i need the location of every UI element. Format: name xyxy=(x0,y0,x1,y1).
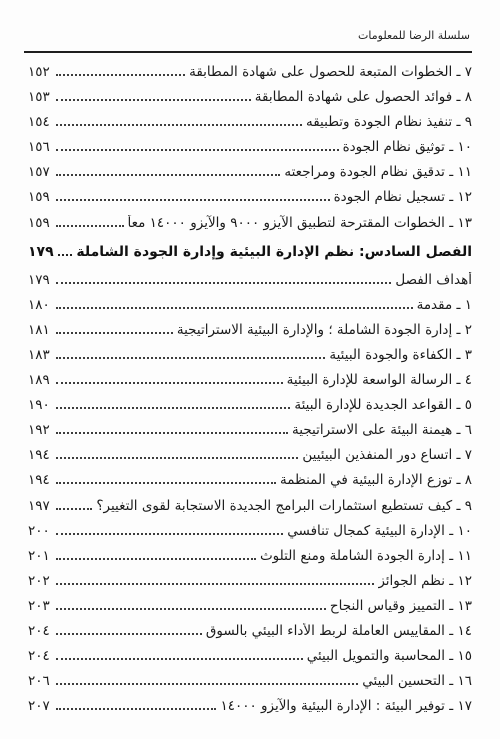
toc-row: ١١ ـ تدقيق نظام الجودة ومراجعته١٥٧ xyxy=(28,164,472,189)
toc-entry-page: ٢٠٣ xyxy=(28,598,52,614)
toc-row: ١٣ ـ التمييز وقياس النجاح٢٠٣ xyxy=(28,598,472,623)
toc-row: ٢ ـ إدارة الجودة الشاملة ؛ والإدارة البي… xyxy=(28,322,472,347)
dot-leader xyxy=(56,68,185,76)
toc-entry-page: ٢٠٦ xyxy=(28,673,52,689)
toc-entry-title: ٣ ـ الكفاءة والجودة البيئية xyxy=(329,347,472,363)
dot-leader xyxy=(56,118,302,126)
dot-leader xyxy=(56,93,251,101)
dot-leader xyxy=(56,143,339,151)
dot-leader xyxy=(58,247,73,256)
toc-row: ٨ ـ توزع الإدارة البيئية في المنظمة١٩٤ xyxy=(28,472,472,497)
toc-row: ٩ ـ كيف تستطيع استثمارات البرامج الجديدة… xyxy=(28,498,472,523)
toc-entry-title: ٨ ـ فوائد الحصول على شهادة المطابقة xyxy=(255,89,472,105)
toc-entry-page: ١٥٩ xyxy=(28,215,52,231)
toc-entry-title: الفصل السادس: نظم الإدارة البيئية وإدارة… xyxy=(76,244,472,260)
dot-leader xyxy=(56,501,92,509)
toc-row: ١ ـ مقدمة١٨٠ xyxy=(28,297,472,322)
toc-entry-title: ٩ ـ كيف تستطيع استثمارات البرامج الجديدة… xyxy=(96,498,472,514)
toc-entry-title: ١ ـ مقدمة xyxy=(417,297,472,313)
toc-entry-title: ٦ ـ هيمنة البيئة على الاستراتيجية xyxy=(292,422,472,438)
toc-entry-page: ١٥٣ xyxy=(28,89,52,105)
toc-entry-page: ٢٠٢ xyxy=(28,573,52,589)
toc-entry-page: ١٩٤ xyxy=(28,472,52,488)
toc-row: ١٠ ـ الإدارة البيئية كمجال تنافسي٢٠٠ xyxy=(28,523,472,548)
toc-chapter-row: الفصل السادس: نظم الإدارة البيئية وإدارة… xyxy=(28,244,472,270)
toc-row: ١٢ ـ نظم الجوائز٢٠٢ xyxy=(28,573,472,598)
toc-entry-page: ٢٠١ xyxy=(28,548,52,564)
toc-entry-title: ٨ ـ توزع الإدارة البيئية في المنظمة xyxy=(280,472,472,488)
toc-row: ١٠ ـ توثيق نظام الجودة١٥٦ xyxy=(28,139,472,164)
dot-leader xyxy=(56,652,303,660)
toc-entry-page: ١٥٢ xyxy=(28,64,52,80)
toc-row: ٨ ـ فوائد الحصول على شهادة المطابقة١٥٣ xyxy=(28,89,472,114)
toc-row: ١٥ ـ المحاسبة والتمويل البيئي٢٠٤ xyxy=(28,648,472,673)
toc-entry-page: ١٥٤ xyxy=(28,114,52,130)
dot-leader xyxy=(56,376,283,384)
dot-leader xyxy=(56,602,326,610)
dot-leader xyxy=(56,351,325,359)
toc-entry-page: ١٧٩ xyxy=(28,244,54,260)
toc-entry-title: ١٥ ـ المحاسبة والتمويل البيئي xyxy=(307,648,472,664)
toc-row: ١٦ ـ التحسين البيئي٢٠٦ xyxy=(28,673,472,698)
dot-leader xyxy=(56,526,283,534)
toc-row: ٦ ـ هيمنة البيئة على الاستراتيجية١٩٢ xyxy=(28,422,472,447)
page-header: سلسلة الرضا للمعلومات xyxy=(0,0,500,49)
dot-leader xyxy=(56,401,290,409)
toc-entry-title: ٢ ـ إدارة الجودة الشاملة ؛ والإدارة البي… xyxy=(177,322,472,338)
toc-entry-title: ١٣ ـ الخطوات المقترحة لتطبيق الآيزو ٩٠٠٠… xyxy=(128,215,472,231)
toc-row: ٧ ـ اتساع دور المنفذين البيئيين١٩٤ xyxy=(28,447,472,472)
toc-entry-page: ١٩٠ xyxy=(28,397,52,413)
series-title: سلسلة الرضا للمعلومات xyxy=(358,29,470,42)
toc-entry-title: ١١ ـ إدارة الجودة الشاملة ومنع التلوث xyxy=(260,548,472,564)
toc-entry-page: ١٥٦ xyxy=(28,139,52,155)
dot-leader xyxy=(56,451,298,459)
toc-row: ٤ ـ الرسالة الواسعة للإدارة البيئية١٨٩ xyxy=(28,372,472,397)
toc-row: ٧ ـ الخطوات المتبعة للحصول على شهادة الم… xyxy=(28,64,472,89)
toc-row: ٥ ـ القواعد الجديدة للإدارة البيئة١٩٠ xyxy=(28,397,472,422)
toc-row: ١٤ ـ المقاييس العاملة لربط الأداء البيئي… xyxy=(28,623,472,648)
toc-entry-title: ٧ ـ الخطوات المتبعة للحصول على شهادة الم… xyxy=(189,64,472,80)
toc-list: ٧ ـ الخطوات المتبعة للحصول على شهادة الم… xyxy=(0,64,500,723)
toc-row: ١٢ ـ تسجيل نظام الجودة١٥٩ xyxy=(28,189,472,214)
toc-entry-page: ١٩٤ xyxy=(28,447,52,463)
toc-row: ١٣ ـ الخطوات المقترحة لتطبيق الآيزو ٩٠٠٠… xyxy=(28,215,472,240)
toc-row: ٩ ـ تنفيذ نظام الجودة وتطبيقه١٥٤ xyxy=(28,114,472,139)
toc-entry-page: ٢٠٤ xyxy=(28,623,52,639)
toc-entry-page: ١٨٩ xyxy=(28,372,52,388)
dot-leader xyxy=(56,218,124,226)
toc-entry-title: ١٢ ـ تسجيل نظام الجودة xyxy=(334,189,472,205)
toc-entry-title: ١٦ ـ التحسين البيئي xyxy=(362,673,472,689)
dot-leader xyxy=(56,325,173,333)
toc-row: ١١ ـ إدارة الجودة الشاملة ومنع التلوث٢٠١ xyxy=(28,548,472,573)
toc-row: أهداف الفصل١٧٩ xyxy=(28,272,472,297)
dot-leader xyxy=(56,300,413,308)
toc-entry-page: ١٥٧ xyxy=(28,164,52,180)
toc-entry-title: ١٣ ـ التمييز وقياس النجاح xyxy=(330,598,472,614)
toc-entry-page: ١٥٩ xyxy=(28,189,52,205)
toc-entry-title: ١٤ ـ المقاييس العاملة لربط الأداء البيئي… xyxy=(206,623,472,639)
toc-row: ١٧ ـ توفير البيئة : الإدارة البيئية والآ… xyxy=(28,698,472,723)
dot-leader xyxy=(56,702,216,710)
toc-entry-title: ١٠ ـ الإدارة البيئية كمجال تنافسي xyxy=(287,523,472,539)
book-page: سلسلة الرضا للمعلومات ٧ ـ الخطوات المتبع… xyxy=(0,0,500,739)
toc-entry-page: ١٨٠ xyxy=(28,297,52,313)
dot-leader xyxy=(56,677,358,685)
toc-entry-title: ١٠ ـ توثيق نظام الجودة xyxy=(343,139,472,155)
toc-entry-title: ١١ ـ تدقيق نظام الجودة ومراجعته xyxy=(284,164,472,180)
toc-entry-page: ٢٠٠ xyxy=(28,523,52,539)
toc-entry-page: ١٧٩ xyxy=(28,272,52,288)
dot-leader xyxy=(56,168,280,176)
toc-entry-title: ٤ ـ الرسالة الواسعة للإدارة البيئية xyxy=(287,372,472,388)
toc-entry-title: ٥ ـ القواعد الجديدة للإدارة البيئة xyxy=(294,397,472,413)
dot-leader xyxy=(56,426,288,434)
toc-entry-page: ٢٠٤ xyxy=(28,648,52,664)
toc-row: ٣ ـ الكفاءة والجودة البيئية١٨٣ xyxy=(28,347,472,372)
toc-entry-title: أهداف الفصل xyxy=(395,272,472,288)
toc-entry-title: ٧ ـ اتساع دور المنفذين البيئيين xyxy=(302,447,472,463)
dot-leader xyxy=(56,476,276,484)
toc-entry-page: ١٩٢ xyxy=(28,422,52,438)
toc-entry-page: ١٨٣ xyxy=(28,347,52,363)
toc-entry-page: ١٨١ xyxy=(28,322,52,338)
toc-entry-title: ١٧ ـ توفير البيئة : الإدارة البيئية والآ… xyxy=(220,698,472,714)
dot-leader xyxy=(56,576,374,584)
toc-entry-page: ١٩٧ xyxy=(28,498,52,514)
toc-entry-page: ٢٠٧ xyxy=(28,698,52,714)
header-rule xyxy=(24,51,472,53)
dot-leader xyxy=(56,275,391,283)
dot-leader xyxy=(56,551,256,559)
toc-entry-title: ٩ ـ تنفيذ نظام الجودة وتطبيقه xyxy=(306,114,472,130)
dot-leader xyxy=(56,193,330,201)
dot-leader xyxy=(56,627,202,635)
toc-entry-title: ١٢ ـ نظم الجوائز xyxy=(378,573,472,589)
